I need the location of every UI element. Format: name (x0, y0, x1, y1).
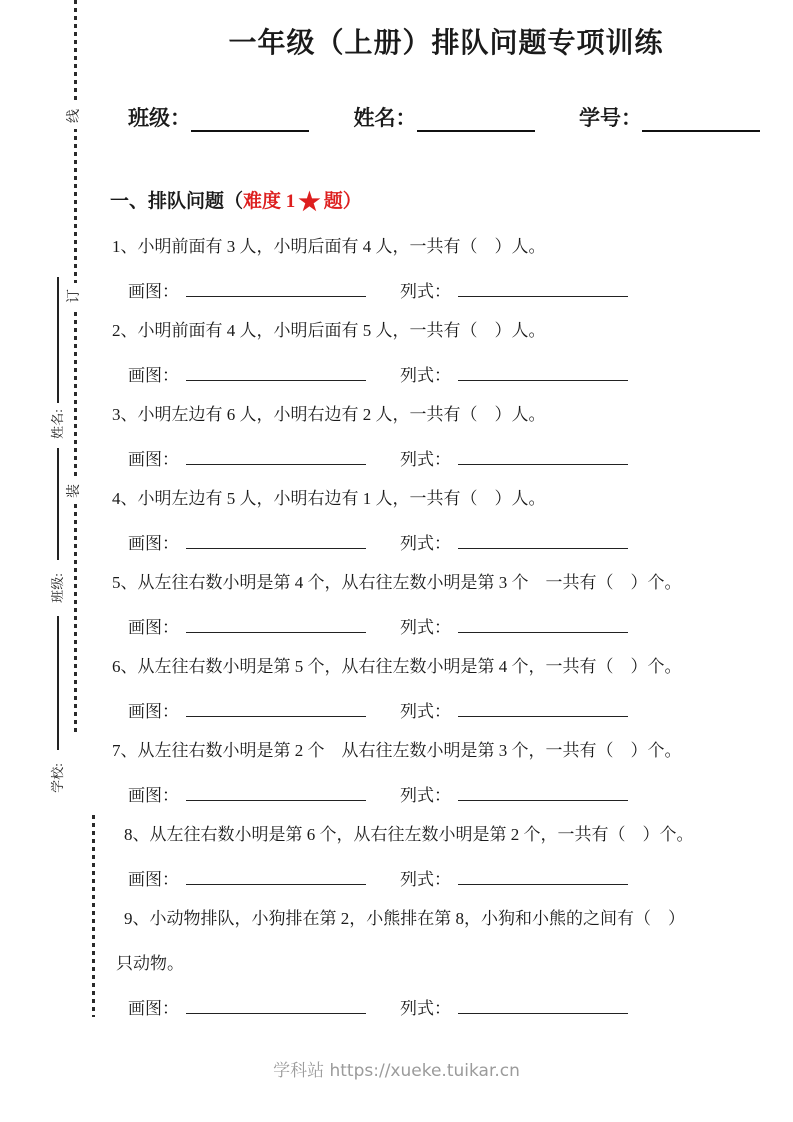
draw-label: 画图： (128, 618, 179, 637)
questions-list: 1、小明前面有 3 人，小明后面有 4 人，一共有（ ）人。 画图：列式： 2、… (108, 236, 784, 1019)
question-text: 1、小明前面有 3 人，小明后面有 4 人，一共有（ ）人。 (108, 236, 784, 257)
answer-row: 画图：列式： (108, 785, 784, 806)
name-blank-line (417, 108, 535, 132)
class-label: 班级： (128, 102, 191, 132)
draw-blank-line (186, 533, 366, 549)
margin-blank-line (57, 448, 59, 560)
question-text: 8、从左往右数小明是第 6 个，从右往左数小明是第 2 个，一共有（ ）个。 (108, 824, 784, 845)
draw-blank-line (186, 998, 366, 1014)
header-field-student-id: 学号： (579, 102, 760, 132)
binding-dotted-line-lower (92, 815, 95, 1017)
draw-blank-line (186, 701, 366, 717)
margin-blank-line (57, 616, 59, 750)
answer-row: 画图：列式： (108, 617, 784, 638)
formula-blank-line (458, 281, 628, 297)
binding-line-char-top: 线 (63, 103, 87, 129)
draw-blank-line (186, 365, 366, 381)
answer-row: 画图：列式： (108, 998, 784, 1019)
formula-blank-line (458, 785, 628, 801)
question-item: 5、从左往右数小明是第 4 个，从右往左数小明是第 3 个 一共有（ ）个。 画… (108, 572, 784, 638)
margin-blank-line (57, 277, 59, 403)
question-item: 2、小明前面有 4 人，小明后面有 5 人，一共有（ ）人。 画图：列式： (108, 320, 784, 386)
draw-blank-line (186, 281, 366, 297)
draw-label: 画图： (128, 702, 179, 721)
question-text: 5、从左往右数小明是第 4 个，从右往左数小明是第 3 个 一共有（ ）个。 (108, 572, 784, 593)
answer-row: 画图：列式： (108, 449, 784, 470)
question-text: 2、小明前面有 4 人，小明后面有 5 人，一共有（ ）人。 (108, 320, 784, 341)
formula-label: 列式： (400, 870, 451, 889)
section-heading-suffix: 题） (324, 191, 362, 212)
draw-blank-line (186, 785, 366, 801)
question-text: 3、小明左边有 6 人，小明右边有 2 人，一共有（ ）人。 (108, 404, 784, 425)
question-text: 6、从左往右数小明是第 5 个，从右往左数小明是第 4 个，一共有（ ）个。 (108, 656, 784, 677)
question-item: 9、小动物排队，小狗排在第 2，小熊排在第 8，小狗和小熊的之间有（ ） 只动物… (108, 908, 784, 1019)
draw-label: 画图： (128, 870, 179, 889)
formula-blank-line (458, 869, 628, 885)
student-info-row: 班级： 姓名： 学号： (108, 102, 784, 132)
formula-label: 列式： (400, 786, 451, 805)
footer-text: 学科站 https://xueke.tuikar.cn (273, 1061, 520, 1081)
footer: 学科站 https://xueke.tuikar.cn (0, 1056, 793, 1081)
student-id-blank-line (642, 108, 760, 132)
formula-blank-line (458, 998, 628, 1014)
class-blank-line (191, 108, 309, 132)
margin-label-name: 姓名: (30, 402, 82, 446)
student-id-label: 学号： (579, 102, 642, 132)
question-item: 4、小明左边有 5 人，小明右边有 1 人，一共有（ ）人。 画图：列式： (108, 488, 784, 554)
section-heading-text: 一、排队问题（ (110, 191, 243, 212)
draw-label: 画图： (128, 786, 179, 805)
answer-row: 画图：列式： (108, 701, 784, 722)
draw-label: 画图： (128, 366, 179, 385)
margin-label-school: 学校: (30, 756, 82, 800)
worksheet-content: 一年级（上册）排队问题专项训练 班级： 姓名： 学号： 一、排队问题（难度 1★… (108, 0, 784, 1037)
question-item: 1、小明前面有 3 人，小明后面有 4 人，一共有（ ）人。 画图：列式： (108, 236, 784, 302)
draw-blank-line (186, 449, 366, 465)
difficulty-text: 难度 1 (243, 191, 295, 212)
draw-blank-line (186, 617, 366, 633)
formula-label: 列式： (400, 999, 451, 1018)
question-text: 7、从左往右数小明是第 2 个 从右往左数小明是第 3 个，一共有（ ）个。 (108, 740, 784, 761)
draw-label: 画图： (128, 282, 179, 301)
formula-blank-line (458, 701, 628, 717)
draw-blank-line (186, 869, 366, 885)
question-text: 9、小动物排队，小狗排在第 2，小熊排在第 8，小狗和小熊的之间有（ ） (108, 908, 784, 929)
question-text: 4、小明左边有 5 人，小明右边有 1 人，一共有（ ）人。 (108, 488, 784, 509)
star-icon: ★ (295, 189, 323, 216)
formula-label: 列式： (400, 366, 451, 385)
formula-label: 列式： (400, 450, 451, 469)
header-field-class: 班级： (128, 102, 309, 132)
question-text-line2: 只动物。 (108, 953, 784, 974)
page-title: 一年级（上册）排队问题专项训练 (108, 24, 784, 64)
answer-row: 画图：列式： (108, 533, 784, 554)
question-item: 3、小明左边有 6 人，小明右边有 2 人，一共有（ ）人。 画图：列式： (108, 404, 784, 470)
binding-line-char-bottom: 装 (63, 478, 87, 504)
answer-row: 画图：列式： (108, 281, 784, 302)
draw-label: 画图： (128, 999, 179, 1018)
formula-blank-line (458, 533, 628, 549)
margin-label-class: 班级: (30, 566, 82, 610)
formula-label: 列式： (400, 702, 451, 721)
answer-row: 画图：列式： (108, 869, 784, 890)
formula-blank-line (458, 617, 628, 633)
name-label: 姓名： (354, 102, 417, 132)
answer-row: 画图：列式： (108, 365, 784, 386)
binding-line-char-middle: 订 (63, 283, 87, 309)
question-item: 6、从左往右数小明是第 5 个，从右往左数小明是第 4 个，一共有（ ）个。 画… (108, 656, 784, 722)
header-field-name: 姓名： (354, 102, 535, 132)
question-item: 8、从左往右数小明是第 6 个，从右往左数小明是第 2 个，一共有（ ）个。 画… (108, 824, 784, 890)
formula-label: 列式： (400, 618, 451, 637)
question-item: 7、从左往右数小明是第 2 个 从右往左数小明是第 3 个，一共有（ ）个。 画… (108, 740, 784, 806)
formula-blank-line (458, 365, 628, 381)
formula-label: 列式： (400, 282, 451, 301)
draw-label: 画图： (128, 450, 179, 469)
draw-label: 画图： (128, 534, 179, 553)
formula-label: 列式： (400, 534, 451, 553)
section-heading: 一、排队问题（难度 1★题） (108, 188, 784, 216)
formula-blank-line (458, 449, 628, 465)
